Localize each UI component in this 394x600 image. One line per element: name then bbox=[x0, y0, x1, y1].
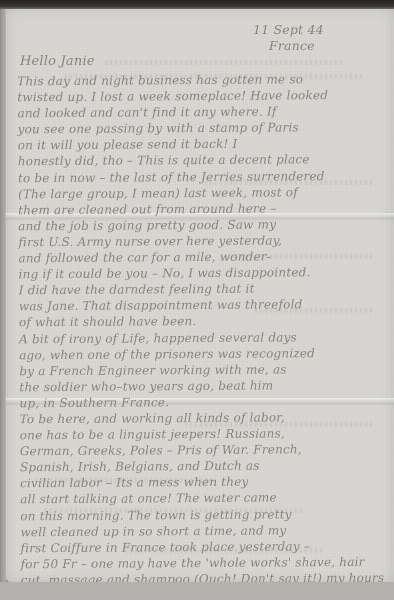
letter-body: This day and night business has gotten m… bbox=[17, 71, 392, 589]
scan-edge-top bbox=[0, 0, 394, 9]
letter-page: 11 Sept 44 France Hello Janie This day a… bbox=[5, 8, 394, 583]
salutation: Hello Janie bbox=[20, 54, 95, 69]
place-line: France bbox=[269, 38, 324, 54]
date-block: 11 Sept 44 France bbox=[253, 22, 324, 54]
scan-edge-bottom bbox=[0, 582, 394, 600]
scan-edge-left bbox=[0, 0, 6, 600]
scanned-letter: 11 Sept 44 France Hello Janie This day a… bbox=[0, 0, 394, 600]
date-line: 11 Sept 44 bbox=[253, 22, 324, 38]
typed-bleedthrough bbox=[105, 60, 345, 65]
